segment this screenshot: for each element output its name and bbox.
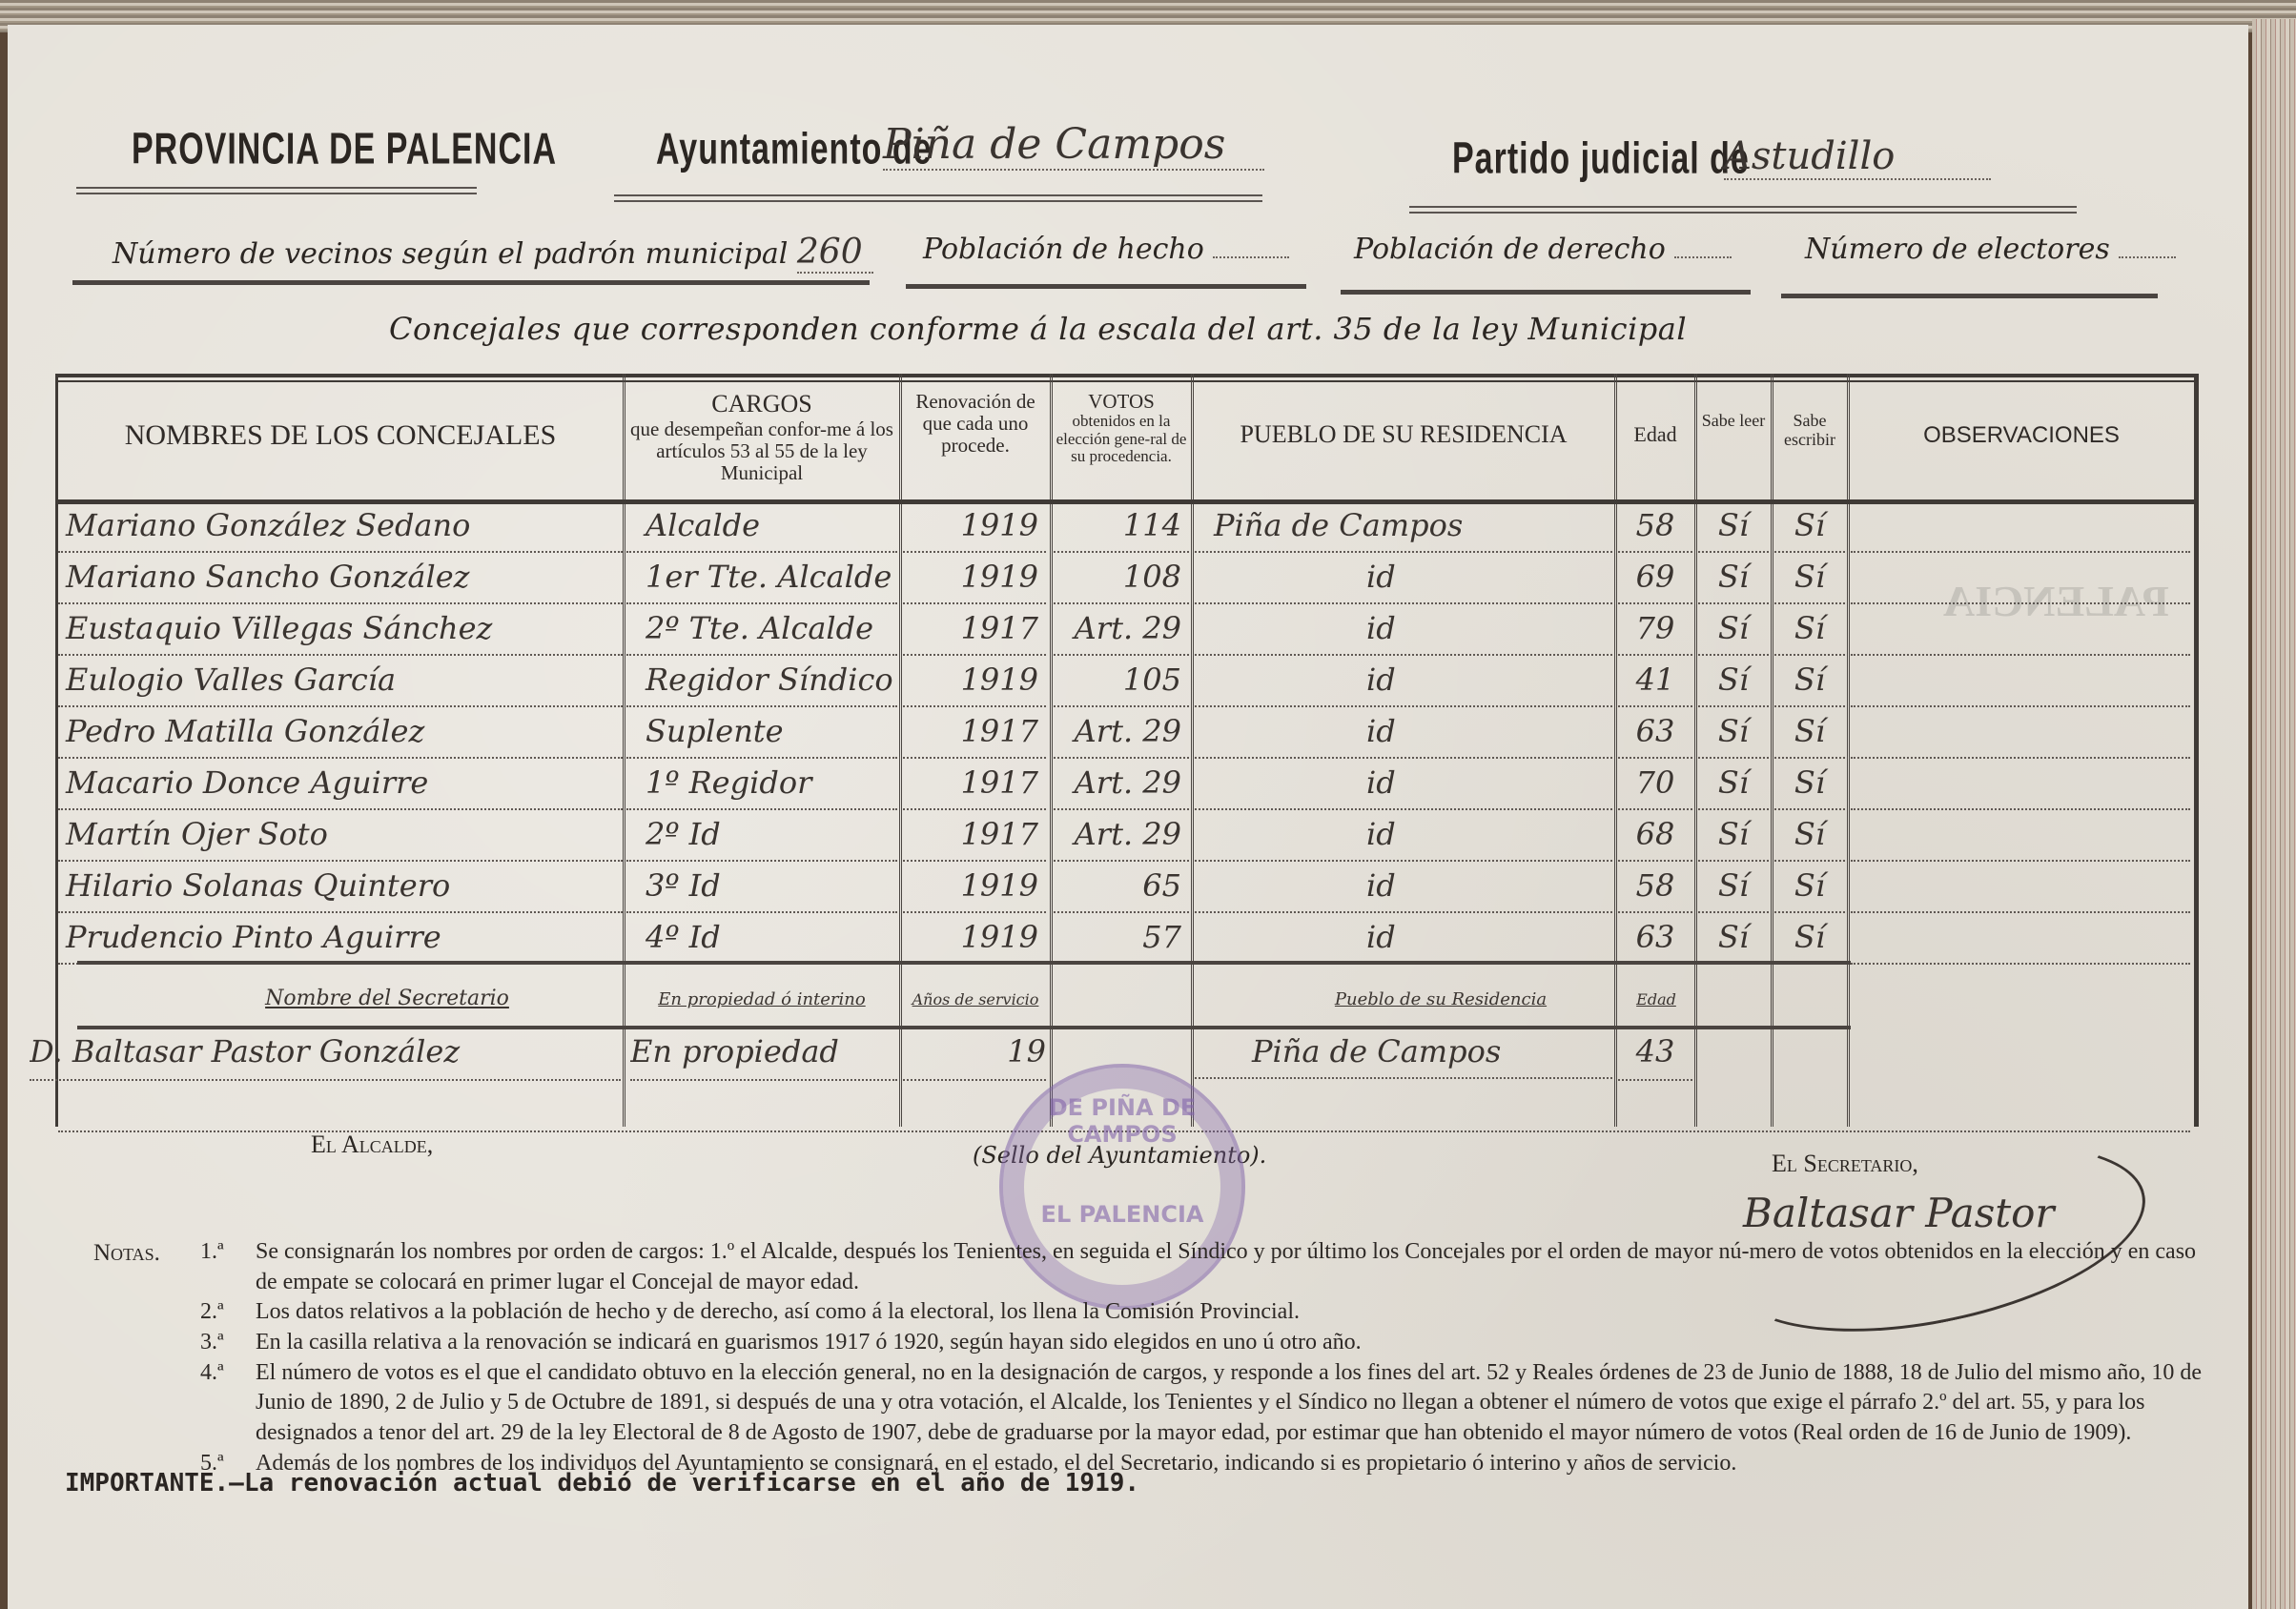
note-item: 3.ªEn la casilla relativa a la renovació… <box>93 1328 2210 1358</box>
cell-renovacion: 1919 <box>903 507 1046 553</box>
cell-nombre: Macario Donce Aguirre <box>58 764 623 810</box>
provincia-title: PROVINCIA DE PALENCIA <box>132 125 557 175</box>
cell-nombre: Prudencio Pinto Aguirre <box>58 919 623 965</box>
stamp-ring-text: DE PIÑA DE CAMPOS <box>1003 1094 1241 1148</box>
secretary-header-pueblo: Pueblo de su Residencia <box>1279 976 1603 1022</box>
cell-votos: Art. 29 <box>1054 764 1189 810</box>
cell-pueblo: id <box>1195 610 1612 656</box>
cell-escribir: Sí <box>1774 919 1845 965</box>
cell-votos: Art. 29 <box>1054 713 1189 759</box>
note-number: 3.ª <box>200 1328 224 1358</box>
cell-escribir: Sí <box>1774 867 1845 913</box>
header-observaciones: OBSERVACIONES <box>1849 423 2194 448</box>
cell-obs <box>1851 764 2190 810</box>
notes-label: Notas. <box>93 1237 160 1269</box>
divider <box>76 187 477 194</box>
cell-edad: 63 <box>1618 713 1692 759</box>
header-renovacion: Renovación de que cada uno procede. <box>901 391 1050 457</box>
divider <box>906 284 1306 289</box>
divider <box>72 280 870 285</box>
cell-edad: 58 <box>1618 867 1692 913</box>
alcalde-label: El Alcalde, <box>311 1130 433 1159</box>
cell-nombre: Eustaquio Villegas Sánchez <box>58 610 623 656</box>
cell-obs <box>1851 816 2190 862</box>
cell-renovacion: 1917 <box>903 713 1046 759</box>
electores-value <box>2119 256 2176 258</box>
vecinos-value: 260 <box>797 233 873 274</box>
notes-section: Notas.1.ªSe consignarán los nombres por … <box>93 1237 2210 1478</box>
cell-votos: 65 <box>1054 867 1189 913</box>
table-row: Macario Donce Aguirre1º Regidor1917Art. … <box>58 764 2194 816</box>
note-item: 2.ªLos datos relativos a la población de… <box>93 1297 2210 1328</box>
note-item: Notas.1.ªSe consignarán los nombres por … <box>93 1237 2210 1297</box>
secretary-header-pueblo-text: Pueblo de su Residencia <box>1335 989 1547 1009</box>
cell-edad: 41 <box>1618 662 1692 707</box>
cell-cargo: 2º Tte. Alcalde <box>626 610 897 656</box>
cell-pueblo: Piña de Campos <box>1195 507 1612 553</box>
cell-renovacion: 1919 <box>903 559 1046 604</box>
header-votos-title: VOTOS <box>1052 391 1191 413</box>
header-sabe-escribir: Sabe escribir <box>1773 412 1847 450</box>
cell-obs <box>1851 507 2190 553</box>
cell-pueblo: id <box>1195 713 1612 759</box>
cell-cargo: 1er Tte. Alcalde <box>626 559 897 604</box>
section-divider <box>77 1026 1851 1029</box>
divider <box>614 194 1262 202</box>
poblacion-derecho-value <box>1674 256 1732 258</box>
cell-votos: 57 <box>1054 919 1189 965</box>
table-row: Martín Ojer Soto2º Id1917Art. 29id68SíSí <box>58 816 2194 867</box>
cell-leer: Sí <box>1698 816 1769 862</box>
cell-escribir: Sí <box>1774 610 1845 656</box>
cell-escribir: Sí <box>1774 662 1845 707</box>
header-sabe-leer: Sabe leer <box>1696 412 1771 431</box>
cell-renovacion: 1917 <box>903 816 1046 862</box>
partido-judicial-label: Partido judicial de <box>1452 134 1750 185</box>
table-row: Eustaquio Villegas Sánchez2º Tte. Alcald… <box>58 610 2194 662</box>
poblacion-hecho-label: Población de hecho <box>923 233 1204 266</box>
cell-edad: 68 <box>1618 816 1692 862</box>
cell-pueblo: id <box>1195 662 1612 707</box>
cell-leer: Sí <box>1698 662 1769 707</box>
note-text: Se consignarán los nombres por orden de … <box>256 1239 2196 1294</box>
cell-pueblo: id <box>1195 919 1612 965</box>
cell-votos: Art. 29 <box>1054 610 1189 656</box>
cell-edad: 79 <box>1618 610 1692 656</box>
divider <box>1409 206 2077 214</box>
note-number: 2.ª <box>200 1297 224 1328</box>
cell-obs <box>1851 662 2190 707</box>
cell-leer: Sí <box>1698 610 1769 656</box>
poblacion-derecho-field: Población de derecho <box>1354 233 1732 266</box>
secretary-pueblo: Piña de Campos <box>1195 1033 1612 1079</box>
electores-field: Número de electores <box>1805 233 2176 266</box>
cell-nombre: Eulogio Valles García <box>58 662 623 707</box>
electores-label: Número de electores <box>1805 233 2110 266</box>
cell-edad: 70 <box>1618 764 1692 810</box>
divider <box>1781 294 2158 298</box>
cell-renovacion: 1917 <box>903 764 1046 810</box>
secretary-header-nombre-text: Nombre del Secretario <box>265 987 509 1010</box>
cell-cargo: Suplente <box>626 713 897 759</box>
cell-votos: Art. 29 <box>1054 816 1189 862</box>
cell-renovacion: 1917 <box>903 610 1046 656</box>
note-number: 1.ª <box>200 1237 224 1268</box>
secretary-header-edad: Edad <box>1618 976 1694 1022</box>
cell-nombre: Hilario Solanas Quintero <box>58 867 623 913</box>
cell-cargo: 1º Regidor <box>626 764 897 810</box>
cell-cargo: 3º Id <box>626 867 897 913</box>
poblacion-derecho-label: Población de derecho <box>1354 233 1666 266</box>
vecinos-label: Número de vecinos según el padrón munici… <box>113 237 788 271</box>
poblacion-hecho-value <box>1213 256 1289 258</box>
note-text: Los datos relativos a la población de he… <box>256 1299 1300 1324</box>
cell-escribir: Sí <box>1774 816 1845 862</box>
secretary-cargo: En propiedad <box>630 1033 897 1081</box>
section-divider <box>77 961 1851 965</box>
cell-escribir: Sí <box>1774 764 1845 810</box>
header-nombres: NOMBRES DE LOS CONCEJALES <box>58 419 623 451</box>
header-edad: Edad <box>1616 423 1694 446</box>
ayuntamiento-value: Piña de Campos <box>883 120 1264 171</box>
cell-obs <box>1851 919 2190 965</box>
cell-pueblo: id <box>1195 867 1612 913</box>
header-cargos: CARGOS que desempeñan confor-me á los ar… <box>625 391 899 484</box>
cell-renovacion: 1919 <box>903 919 1046 965</box>
cell-votos: 105 <box>1054 662 1189 707</box>
concejales-table: NOMBRES DE LOS CONCEJALES CARGOS que des… <box>55 374 2199 1127</box>
header-cargos-title: CARGOS <box>625 391 899 418</box>
vecinos-field: Número de vecinos según el padrón munici… <box>113 233 873 274</box>
header-votos: VOTOS obtenidos en la elección gene-ral … <box>1052 391 1191 466</box>
cell-leer: Sí <box>1698 507 1769 553</box>
cell-renovacion: 1919 <box>903 867 1046 913</box>
secretary-anos: 19 <box>903 1033 1046 1081</box>
concejales-subtitle: Concejales que corresponden conforme á l… <box>389 311 1687 347</box>
secretary-edad: 43 <box>1618 1033 1692 1081</box>
cell-nombre: Pedro Matilla González <box>58 713 623 759</box>
cell-edad: 69 <box>1618 559 1692 604</box>
cell-obs <box>1851 867 2190 913</box>
cell-nombre: Mariano Sancho González <box>58 559 623 604</box>
cell-leer: Sí <box>1698 559 1769 604</box>
book-page-edges-right <box>2252 19 2296 1609</box>
cell-cargo: 2º Id <box>626 816 897 862</box>
table-row: Hilario Solanas Quintero3º Id191965id58S… <box>58 867 2194 919</box>
table-row: Mariano González SedanoAlcalde1919114Piñ… <box>58 507 2194 559</box>
header-cargos-sub: que desempeñan confor-me á los artículos… <box>625 418 899 484</box>
cell-leer: Sí <box>1698 764 1769 810</box>
stamp-center-text: EL PALENCIA <box>1003 1201 1241 1228</box>
cell-pueblo: id <box>1195 816 1612 862</box>
cell-cargo: Alcalde <box>626 507 897 553</box>
secretary-header-cargo: En propiedad ó interino <box>626 976 897 1022</box>
cell-leer: Sí <box>1698 867 1769 913</box>
table-top-border <box>58 374 2194 382</box>
document-page: PROVINCIA DE PALENCIA Ayuntamiento de Pi… <box>8 25 2248 1609</box>
cell-votos: 108 <box>1054 559 1189 604</box>
cell-nombre: Martín Ojer Soto <box>58 816 623 862</box>
cell-escribir: Sí <box>1774 713 1845 759</box>
cell-renovacion: 1919 <box>903 662 1046 707</box>
header-votos-sub: obtenidos en la elección gene-ral de su … <box>1052 413 1191 466</box>
header-bottom-border <box>58 499 2194 504</box>
cell-pueblo: id <box>1195 764 1612 810</box>
table-row: Mariano Sancho González1er Tte. Alcalde1… <box>58 559 2194 610</box>
table-row: Eulogio Valles GarcíaRegidor Síndico1919… <box>58 662 2194 713</box>
note-text: En la casilla relativa a la renovación s… <box>256 1330 1362 1354</box>
cell-votos: 114 <box>1054 507 1189 553</box>
secretary-header-anos: Años de servicio <box>903 976 1048 1022</box>
cell-edad: 58 <box>1618 507 1692 553</box>
table-row: Pedro Matilla GonzálezSuplente1917Art. 2… <box>58 713 2194 764</box>
divider <box>1341 290 1751 295</box>
poblacion-hecho-field: Población de hecho <box>923 233 1289 266</box>
secretary-header-anos-text: Años de servicio <box>912 990 1039 1008</box>
secretary-header-cargo-text: En propiedad ó interino <box>658 989 865 1009</box>
cell-obs <box>1851 713 2190 759</box>
header-pueblo: PUEBLO DE SU RESIDENCIA <box>1193 421 1614 449</box>
cell-escribir: Sí <box>1774 507 1845 553</box>
cell-cargo: 4º Id <box>626 919 897 965</box>
cell-pueblo: id <box>1195 559 1612 604</box>
note-number: 4.ª <box>200 1358 224 1389</box>
secretary-header-nombre: Nombre del Secretario <box>163 976 611 1022</box>
note-item: 4.ªEl número de votos es el que el candi… <box>93 1358 2210 1449</box>
partido-judicial-value: Astudillo <box>1724 134 1991 180</box>
cell-escribir: Sí <box>1774 559 1845 604</box>
secretary-nombre: D. Baltasar Pastor González <box>30 1033 621 1081</box>
cell-leer: Sí <box>1698 713 1769 759</box>
cell-edad: 63 <box>1618 919 1692 965</box>
cell-cargo: Regidor Síndico <box>626 662 897 707</box>
secretary-header-row: Nombre del Secretario En propiedad ó int… <box>58 976 2194 1028</box>
important-notice: IMPORTANTE.—La renovación actual debió d… <box>65 1469 1139 1497</box>
bleed-through-text: PALENCIA <box>1943 576 2169 626</box>
cell-leer: Sí <box>1698 919 1769 965</box>
cell-nombre: Mariano González Sedano <box>58 507 623 553</box>
secretary-header-edad-text: Edad <box>1636 990 1676 1008</box>
note-text: El número de votos es el que el candidat… <box>256 1360 2202 1445</box>
